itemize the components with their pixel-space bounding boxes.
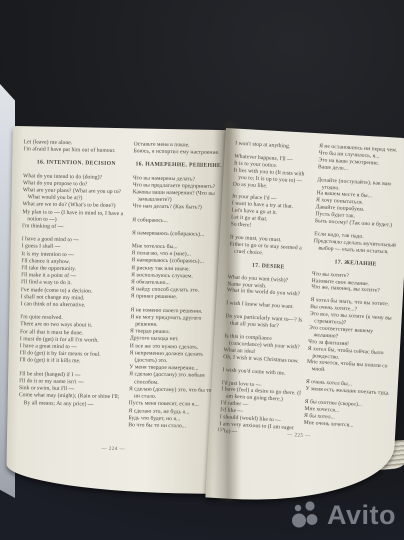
- avito-watermark: Avito: [290, 500, 396, 530]
- left-page-english-column: Let (leave) me alone.I'm afraid I have p…: [19, 139, 130, 409]
- left-page-russian-column: Оставьте меня в покое.Боюсь, я испортил …: [128, 141, 224, 431]
- left-page: Let (leave) me alone.I'm afraid I have p…: [6, 126, 226, 494]
- left-page-number: — 224 —: [7, 444, 220, 454]
- section-heading: 16. INTENTION. DECISION: [23, 160, 129, 169]
- printer-signature-mark: 15*: [217, 427, 225, 433]
- phrase-line: I'm afraid I have put him out of humour.: [23, 146, 129, 155]
- phrase-line: Боюсь, я испортил ему настроение.: [133, 149, 223, 158]
- section-heading: 17. DESIRE: [228, 261, 308, 272]
- phrase-line: Во что бы то ни стало...: [128, 422, 218, 431]
- section-heading: 16. НАМЕРЕНИЕ. РЕШЕНИЕ: [133, 162, 223, 171]
- right-page-russian-column: Я не остановлюсь ни перед чем.Что бы ни …: [303, 143, 404, 431]
- book-photo: Let (leave) me alone.I'm afraid I have p…: [0, 0, 404, 540]
- right-page-english-column: I won't stop at anything.Whatever happen…: [219, 141, 315, 440]
- right-page: I won't stop at anything.Whatever happen…: [205, 128, 404, 508]
- phrase-line: Come what may (might); (Rain or shine I'…: [19, 392, 125, 408]
- avito-logo-icon: [290, 500, 320, 530]
- avito-brand-text: Avito: [327, 502, 396, 529]
- section-heading: 17. ЖЕЛАНИЕ: [313, 258, 399, 270]
- phrase-line: Я сделаю (достану) это любым способом.: [129, 372, 219, 388]
